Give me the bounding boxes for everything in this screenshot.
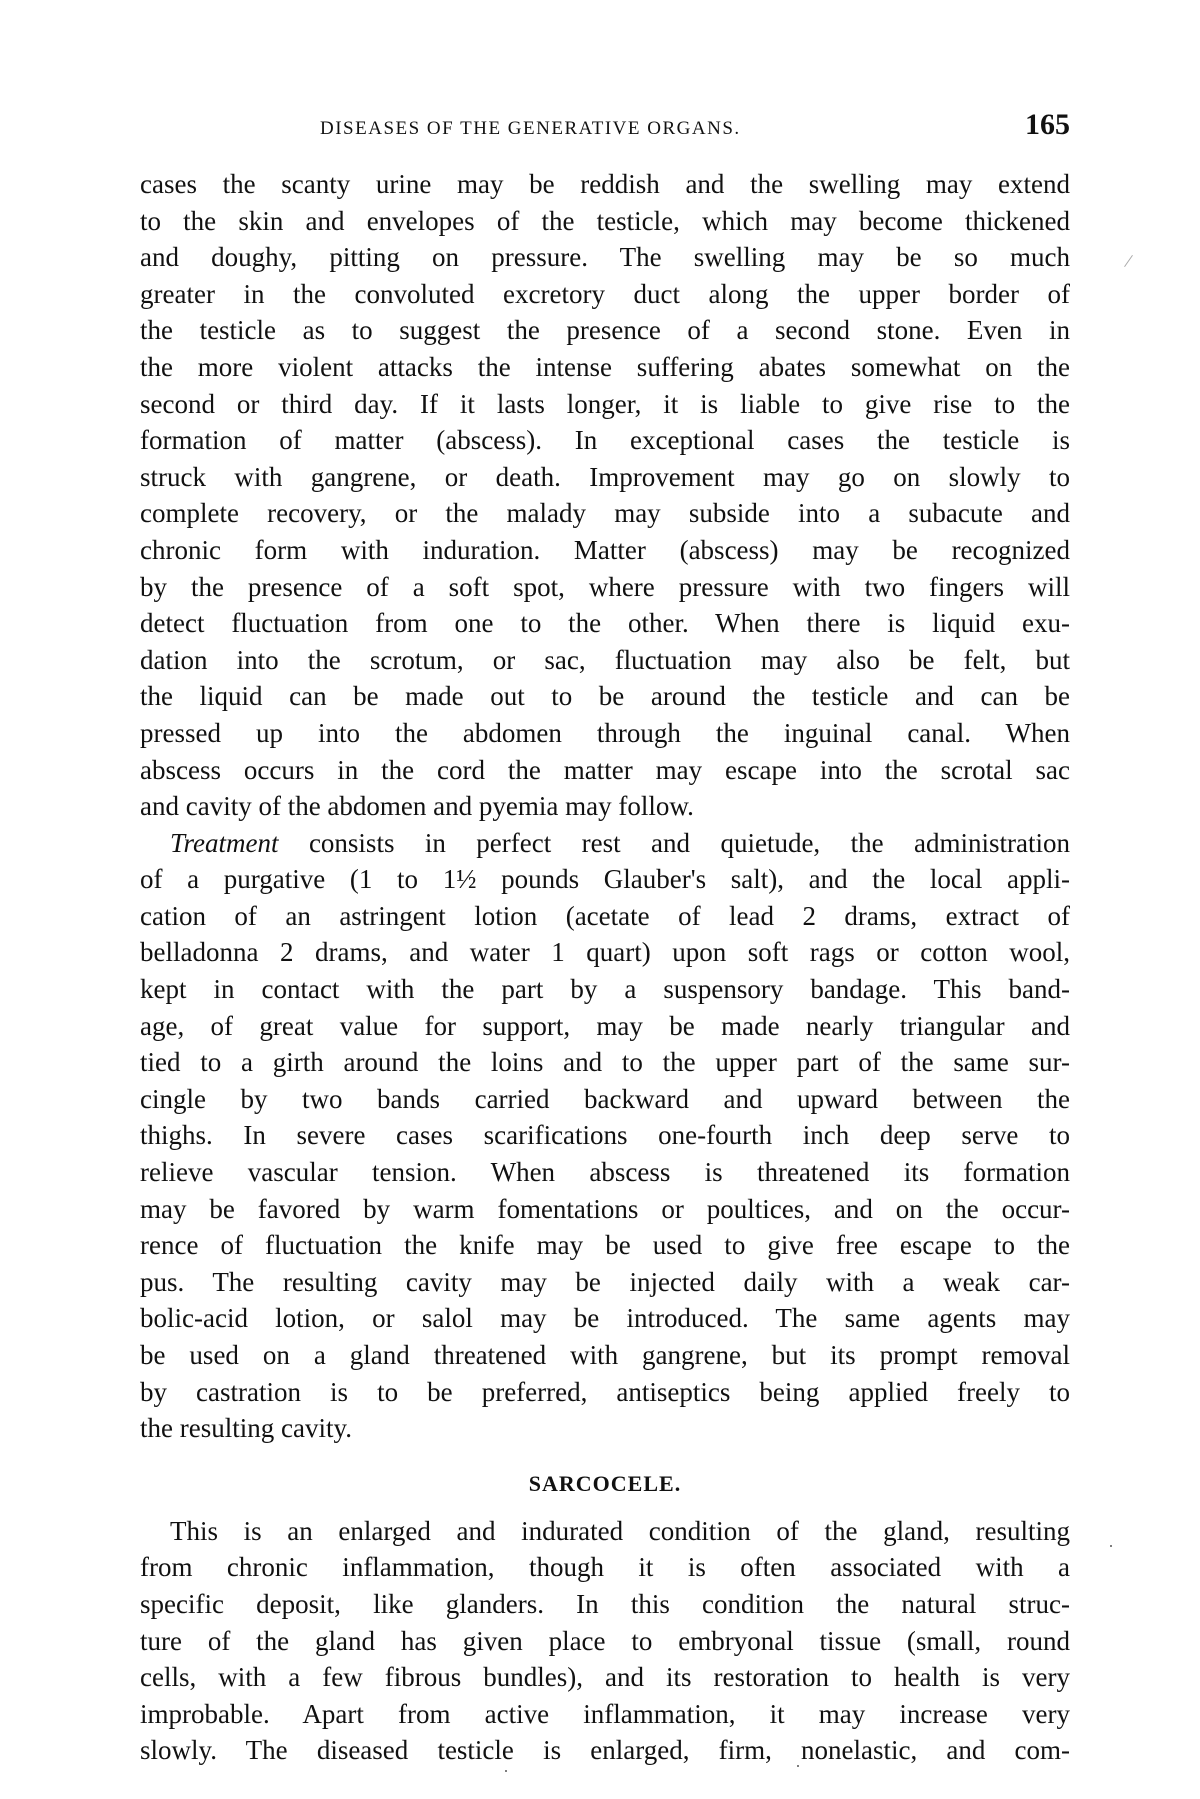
- text-line: rence of fluctuation the knife may be us…: [140, 1227, 1070, 1264]
- text-line: struck with gangrene, or death. Improvem…: [140, 459, 1070, 496]
- text-line: tied to a girth around the loins and to …: [140, 1044, 1070, 1081]
- text-line: and doughy, pitting on pressure. The swe…: [140, 239, 1070, 276]
- text-line: by the presence of a soft spot, where pr…: [140, 569, 1070, 606]
- text-run: consists in perfect rest and quietude, t…: [279, 828, 1070, 858]
- text-line: pressed up into the abdomen through the …: [140, 715, 1070, 752]
- scan-artifact-mark: [1124, 255, 1133, 267]
- text-line: kept in contact with the part by a suspe…: [140, 971, 1070, 1008]
- text-line: of a purgative (1 to 1½ pounds Glauber's…: [140, 861, 1070, 898]
- text-line: cingle by two bands carried backward and…: [140, 1081, 1070, 1118]
- page-number: 165: [1025, 108, 1070, 142]
- text-line: by castration is to be preferred, antise…: [140, 1374, 1070, 1411]
- text-line: may be favored by warm fomentations or p…: [140, 1191, 1070, 1228]
- text-line: dation into the scrotum, or sac, fluctua…: [140, 642, 1070, 679]
- text-line: greater in the convoluted excretory duct…: [140, 276, 1070, 313]
- text-line: bolic-acid lotion, or salol may be intro…: [140, 1300, 1070, 1337]
- text-line: to the skin and envelopes of the testicl…: [140, 203, 1070, 240]
- book-page: DISEASES OF THE GENERATIVE ORGANS. 165 c…: [0, 0, 1200, 1799]
- text-line: the resulting cavity.: [140, 1410, 1070, 1447]
- text-line: thighs. In severe cases scarifications o…: [140, 1117, 1070, 1154]
- running-head: DISEASES OF THE GENERATIVE ORGANS. 165: [140, 108, 1070, 148]
- text-line: formation of matter (abscess). In except…: [140, 422, 1070, 459]
- paragraph-treatment: Treatment consists in perfect rest and q…: [140, 825, 1070, 1447]
- text-line: relieve vascular tension. When abscess i…: [140, 1154, 1070, 1191]
- text-line: Treatment consists in perfect rest and q…: [140, 825, 1070, 862]
- paragraph-sarcocele: This is an enlarged and indurated condit…: [140, 1513, 1070, 1769]
- text-line: the testicle as to suggest the presence …: [140, 312, 1070, 349]
- text-line: detect fluctuation from one to the other…: [140, 605, 1070, 642]
- text-line: This is an enlarged and indurated condit…: [140, 1513, 1070, 1550]
- text-line: slowly. The diseased testicle is enlarge…: [140, 1732, 1070, 1769]
- text-line: pus. The resulting cavity may be injecte…: [140, 1264, 1070, 1301]
- paragraph-continued: cases the scanty urine may be reddish an…: [140, 166, 1070, 825]
- text-line: cells, with a few fibrous bundles), and …: [140, 1659, 1070, 1696]
- text-line: from chronic inflammation, though it is …: [140, 1549, 1070, 1586]
- text-line: abscess occurs in the cord the matter ma…: [140, 752, 1070, 789]
- running-title: DISEASES OF THE GENERATIVE ORGANS.: [320, 118, 741, 140]
- scan-artifact-speck: [1110, 1545, 1112, 1547]
- body-text: cases the scanty urine may be reddish an…: [140, 166, 1070, 1769]
- text-line: cation of an astringent lotion (acetate …: [140, 898, 1070, 935]
- treatment-run-in-heading: Treatment: [170, 828, 279, 858]
- scan-artifact-speck: [505, 1770, 507, 1772]
- text-line: be used on a gland threatened with gangr…: [140, 1337, 1070, 1374]
- text-line: chronic form with induration. Matter (ab…: [140, 532, 1070, 569]
- text-line: and cavity of the abdomen and pyemia may…: [140, 788, 1070, 825]
- text-line: the liquid can be made out to be around …: [140, 678, 1070, 715]
- text-line: belladonna 2 drams, and water 1 quart) u…: [140, 934, 1070, 971]
- text-line: second or third day. If it lasts longer,…: [140, 386, 1070, 423]
- section-heading-sarcocele: SARCOCELE.: [140, 1447, 1070, 1513]
- text-line: complete recovery, or the malady may sub…: [140, 495, 1070, 532]
- text-line: age, of great value for support, may be …: [140, 1008, 1070, 1045]
- text-line: cases the scanty urine may be reddish an…: [140, 166, 1070, 203]
- scan-artifact-speck: [797, 1765, 799, 1767]
- text-line: ture of the gland has given place to emb…: [140, 1623, 1070, 1660]
- text-line: specific deposit, like glanders. In this…: [140, 1586, 1070, 1623]
- text-line: the more violent attacks the intense suf…: [140, 349, 1070, 386]
- scan-artifact-speck: [208, 1721, 210, 1723]
- text-line: improbable. Apart from active inflammati…: [140, 1696, 1070, 1733]
